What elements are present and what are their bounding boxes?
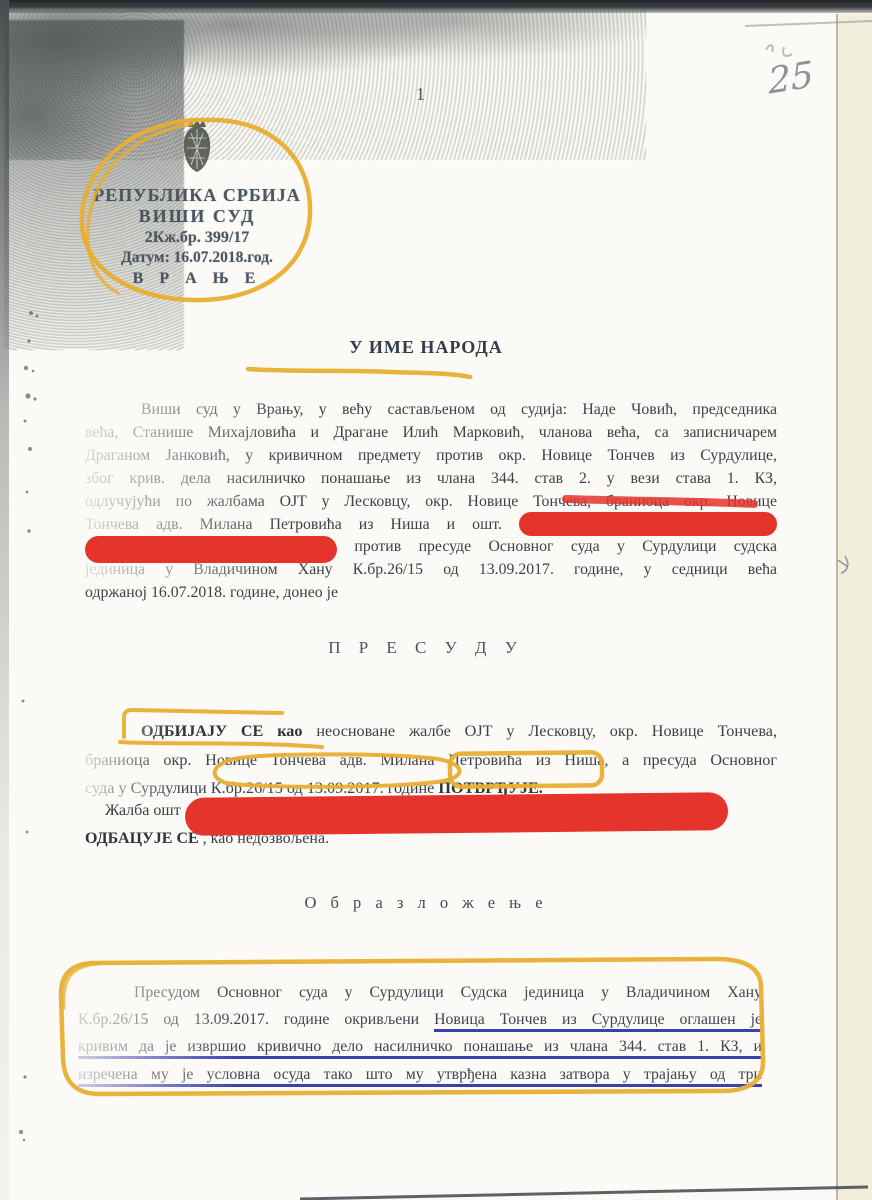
letterhead-case-number: 2Кж.бр. 399/17 — [85, 229, 309, 247]
intro-line: одлучујући по жалбама ОЈТ у Лесковцу, ок… — [85, 491, 777, 514]
reasoning-line: Пресудом Основног суда у Сурдулици Судск… — [78, 979, 762, 1006]
court-letterhead: РЕПУБЛИКА СРБИЈА ВИШИ СУД 2Кж.бр. 399/17… — [85, 116, 309, 288]
verdict-line-text: неосноване жалбе ОЈТ у Лесковцу, окр. Но… — [316, 722, 777, 740]
underlined-text: Новица Тончев из Сурдулице оглашен је — [434, 1011, 762, 1032]
document-title: У ИМЕ НАРОДА — [0, 337, 852, 358]
serbia-coat-of-arms-icon — [176, 116, 218, 179]
verdict-paragraph: ОДБИЈАЈУ СЕ као неосноване жалбе ОЈТ у Л… — [85, 717, 777, 803]
intro-line-text: против пресуде Основног суда у Сурдулици… — [354, 538, 777, 555]
scan-top-edge-shadow — [0, 0, 872, 13]
letterhead-court: ВИШИ СУД — [85, 206, 309, 227]
underlined-text: изречена му је условна осуда тако што му… — [78, 1066, 762, 1087]
reasoning-heading: О б р а з л о ж е њ е — [0, 893, 852, 913]
redaction-mark — [85, 536, 337, 563]
appeal-paragraph: Жалба ошт ОДБАЦУЈЕ СЕ , као недозвољена. — [85, 797, 777, 853]
letterhead-city: В Р А Њ Е — [85, 270, 309, 288]
intro-line: одржаној 16.07.2018. године, донео је — [85, 582, 777, 605]
handwritten-page-number: 25 — [767, 54, 814, 102]
reasoning-line: изречена му је условна осуда тако што му… — [78, 1061, 762, 1088]
letterhead-date: Датум: 16.07.2018.год. — [85, 249, 309, 267]
scan-specks-left-margin — [19, 311, 38, 1141]
reasoning-line: кривим да је извршио кривично дело насил… — [78, 1033, 762, 1060]
underlined-text: кривим да је извршио кривично дело насил… — [78, 1038, 762, 1059]
case-reference-circled: К.бр.26/15 од 13.09.2017. године — [211, 779, 435, 797]
reasoning-paragraph: Пресудом Основног суда у Сурдулици Судск… — [78, 979, 762, 1088]
letterhead-country: РЕПУБЛИКА СРБИЈА — [85, 185, 309, 206]
pencil-marks-top-right — [766, 45, 792, 56]
reasoning-line: К.бр.26/15 од 13.09.2017. године окривље… — [78, 1006, 762, 1033]
verdict-line: ОДБИЈАЈУ СЕ као неосноване жалбе ОЈТ у Л… — [85, 717, 777, 746]
intro-line: Драганом Јанковић, у кривичном предмету … — [85, 445, 777, 468]
scan-line-bottom — [300, 1187, 868, 1199]
verdict-line: браниоца окр. Новице Тончева адв. Милана… — [85, 746, 777, 775]
appeal-line-text: Жалба ошт — [105, 802, 181, 819]
appeal-operative-words: ОДБАЦУЈЕ СЕ — [85, 830, 199, 847]
page-number: 1 — [416, 84, 426, 105]
intro-line-with-redaction: против пресуде Основног суда у Сурдулици… — [85, 536, 777, 559]
verdict-line-text: суда у Сурдулици — [85, 779, 207, 797]
intro-line-text: Тончева адв. Милана Петровића из Ниша и … — [85, 516, 502, 533]
redaction-mark — [519, 512, 777, 536]
page-right-edge — [836, 14, 872, 1200]
intro-line-with-redaction: Тончева адв. Милана Петровића из Ниша и … — [85, 514, 777, 537]
appeal-line-with-redaction: Жалба ошт — [85, 797, 777, 825]
reasoning-line-text: К.бр.26/15 од 13.09.2017. године окривље… — [78, 1011, 419, 1028]
redaction-mark — [185, 792, 728, 836]
verdict-operative-words: ОДБИЈАЈУ СЕ као — [141, 722, 302, 740]
verdict-heading: П Р Е С У Д У — [0, 638, 852, 658]
intro-line: Виши суд у Врању, у већу састављеном од … — [85, 399, 777, 422]
intro-paragraph: Виши суд у Врању, у већу састављеном од … — [85, 399, 777, 605]
intro-line: због крив. дела насилничко понашање из ч… — [85, 468, 777, 491]
yellow-underline-title — [248, 369, 470, 377]
scan-left-edge-shadow — [0, 0, 9, 1200]
intro-line: већа, Станише Михајловића и Драгане Илић… — [85, 422, 777, 445]
